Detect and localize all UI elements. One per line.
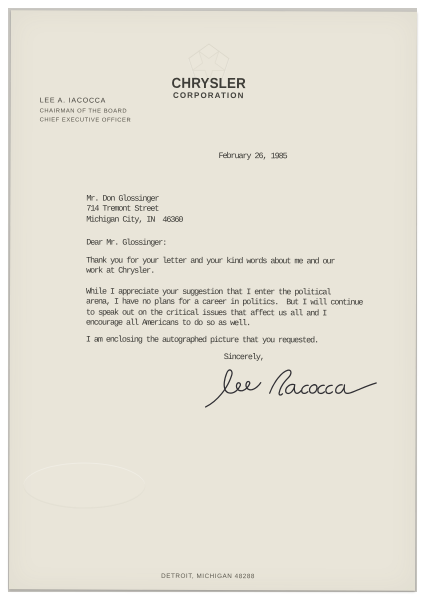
salutation: Dear Mr. Glossinger: <box>86 238 166 249</box>
officer-block: LEE A. IACOCCA CHAIRMAN OF THE BOARD CHI… <box>40 97 132 126</box>
officer-title-chairman: CHAIRMAN OF THE BOARD <box>40 108 132 114</box>
paragraph-enclosure: I am enclosing the autographed picture t… <box>86 335 386 346</box>
officer-title-ceo: CHIEF EXECUTIVE OFFICER <box>40 117 132 123</box>
footer-address: DETROIT, MICHIGAN 48288 <box>9 572 407 580</box>
paragraph-politics: While I appreciate your suggestion that … <box>86 287 386 329</box>
closing: Sincerely, <box>224 352 264 362</box>
officer-name: LEE A. IACOCCA <box>40 97 132 104</box>
letter-paper: CHRYSLER CORPORATION LEE A. IACOCCA CHAI… <box>9 10 417 590</box>
scanned-photo-background: CHRYSLER CORPORATION LEE A. IACOCCA CHAI… <box>8 8 417 592</box>
recipient-address: Mr. Don Glossinger 714 Tremont Street Mi… <box>86 194 182 225</box>
embossed-stamp <box>23 462 145 508</box>
paragraph-thanks: Thank you for your letter and your kind … <box>86 256 386 278</box>
signature-lee-iacocca <box>198 363 378 412</box>
letter-date: February 26, 1985 <box>218 151 286 162</box>
